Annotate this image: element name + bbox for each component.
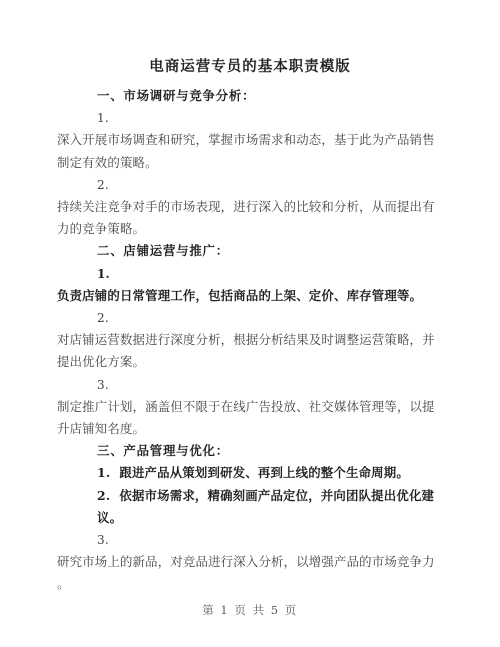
document-title: 电商运营专员的基本职责模版 [0, 57, 500, 77]
section-heading: 三、产品管理与优化： [57, 440, 443, 462]
paragraph-line: 研究市场上的新品，对竞品进行深入分析，以增强产品的市场竞争力 [57, 551, 443, 573]
paragraph-line: 持续关注竞争对手的市场表现，进行深入的比较和分析，从而提出有 [57, 196, 443, 218]
list-item: 2. 依据市场需求，精确刻画产品定位，并向团队提出优化建议。 [57, 485, 443, 529]
paragraph-line: 制定推广计划，涵盖但不限于在线广告投放、社交媒体管理等，以提 [57, 396, 443, 418]
document-page: 电商运营专员的基本职责模版 一、市场调研与竞争分析： 1. 深入开展市场调查和研… [0, 0, 500, 647]
list-number: 1. [57, 107, 443, 129]
paragraph-line: 。 [57, 573, 443, 595]
list-number: 3. [57, 529, 443, 551]
paragraph-line: 力的竞争策略。 [57, 218, 443, 240]
document-body: 一、市场调研与竞争分析： 1. 深入开展市场调查和研究，掌握市场需求和动态，基于… [57, 85, 443, 596]
list-number: 3. [57, 374, 443, 396]
list-number: 1. [57, 263, 443, 285]
paragraph-line: 制定有效的策略。 [57, 152, 443, 174]
section-heading: 一、市场调研与竞争分析： [57, 85, 443, 107]
list-item: 1. 跟进产品从策划到研发、再到上线的整个生命周期。 [57, 462, 443, 484]
paragraph-line: 对店铺运营数据进行深度分析，根据分析结果及时调整运营策略，并 [57, 329, 443, 351]
paragraph-line: 深入开展市场调查和研究，掌握市场需求和动态，基于此为产品销售 [57, 129, 443, 151]
page-number-footer: 第 1 页 共 5 页 [0, 602, 500, 618]
paragraph-line: 升店铺知名度。 [57, 418, 443, 440]
list-number: 2. [57, 174, 443, 196]
bold-paragraph-line: 负责店铺的日常管理工作，包括商品的上架、定价、库存管理等。 [57, 285, 443, 307]
section-heading: 二、店铺运营与推广： [57, 240, 443, 262]
list-number: 2. [57, 307, 443, 329]
paragraph-line: 提出优化方案。 [57, 351, 443, 373]
